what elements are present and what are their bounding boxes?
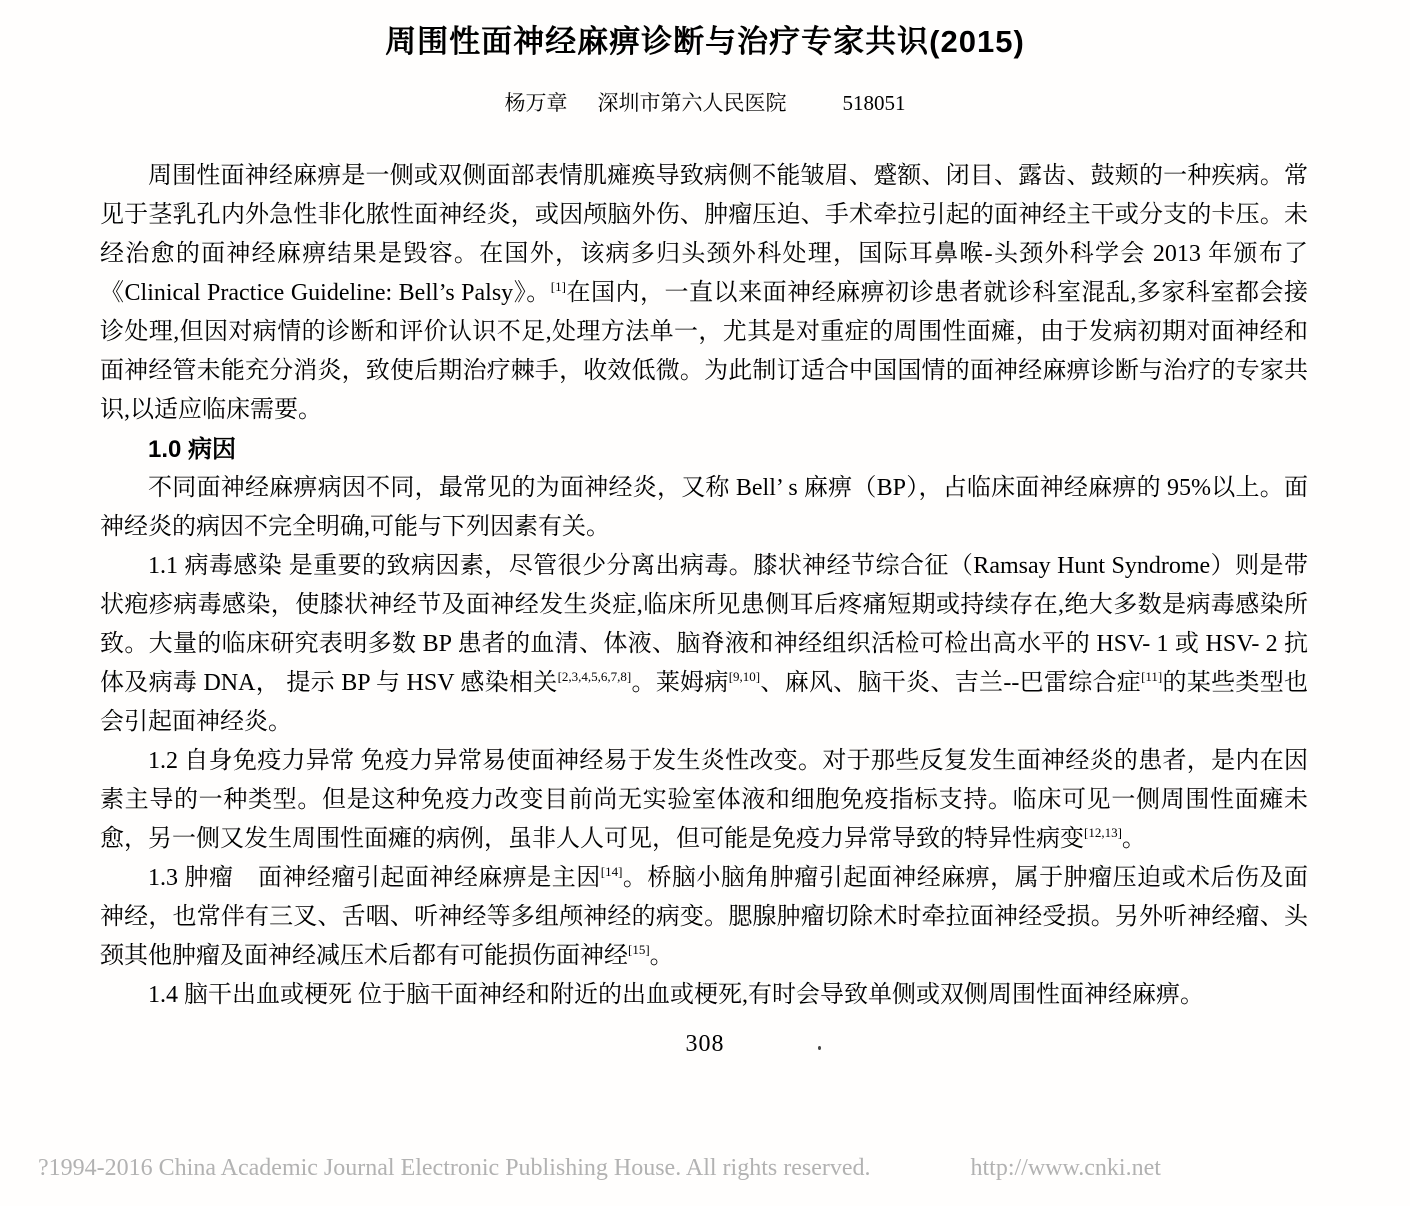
paragraph-tumor: 1.3 肿瘤 面神经瘤引起面神经麻痹是主因[14]。桥脑小脑角肿瘤引起面神经麻痹… [100, 859, 1308, 976]
citation-ref: [12,13] [1084, 825, 1122, 840]
citation-ref: [2,3,4,5,6,7,8] [558, 669, 632, 684]
viral-text: 、麻风、脑干炎、吉兰--巴雷综合症 [760, 670, 1141, 696]
citation-ref: [15] [628, 942, 650, 957]
citation-ref: [14] [601, 864, 623, 879]
author-affiliation: 深圳市第六人民医院 [598, 87, 787, 117]
paragraph-brainstem: 1.4 脑干出血或梗死 位于脑干面神经和附近的出血或梗死,有时会导致单侧或双侧周… [100, 976, 1308, 1015]
paragraph-etiology: 不同面神经麻痹病因不同，最常见的为面神经炎，又称 Bell’ s 麻痹（BP），… [100, 469, 1308, 547]
tumor-text: 1.3 肿瘤 面神经瘤引起面神经麻痹是主因 [148, 865, 601, 891]
immune-text: 。 [1122, 826, 1146, 852]
author-line: 杨万章 深圳市第六人民医院 518051 [0, 87, 1410, 117]
page-title: 周围性面神经麻痹诊断与治疗专家共识(2015) [0, 0, 1410, 61]
scan-artifact-dot [818, 1046, 821, 1050]
paragraph-viral-infection: 1.1 病毒感染 是重要的致病因素，尽管很少分离出病毒。膝状神经节综合征（Ram… [100, 547, 1308, 742]
tumor-text: 。 [650, 943, 674, 969]
viral-text: 。莱姆病 [631, 670, 728, 696]
citation-ref: [9,10] [729, 669, 760, 684]
document-page: 周围性面神经麻痹诊断与治疗专家共识(2015) 杨万章 深圳市第六人民医院 51… [0, 0, 1410, 1206]
section-heading-etiology: 1.0 病因 [100, 430, 1308, 469]
citation-ref: [11] [1141, 669, 1162, 684]
footer-copyright: ?1994-2016 China Academic Journal Electr… [38, 1155, 871, 1181]
page-number: 308 [0, 1031, 1410, 1058]
author-name: 杨万章 [505, 87, 568, 117]
citation-ref: [1] [551, 279, 566, 294]
paragraph-immune: 1.2 自身免疫力异常 免疫力异常易使面神经易于发生炎性改变。对于那些反复发生面… [100, 742, 1308, 859]
footer-watermark: ?1994-2016 China Academic Journal Electr… [38, 1155, 1378, 1182]
author-postcode: 518051 [843, 91, 906, 116]
paragraph-intro: 周围性面神经麻痹是一侧或双侧面部表情肌瘫痪导致病侧不能皱眉、蹙额、闭目、露齿、鼓… [100, 157, 1308, 430]
article-body: 周围性面神经麻痹是一侧或双侧面部表情肌瘫痪导致病侧不能皱眉、蹙额、闭目、露齿、鼓… [100, 157, 1308, 1015]
footer-url: http://www.cnki.net [971, 1155, 1161, 1181]
